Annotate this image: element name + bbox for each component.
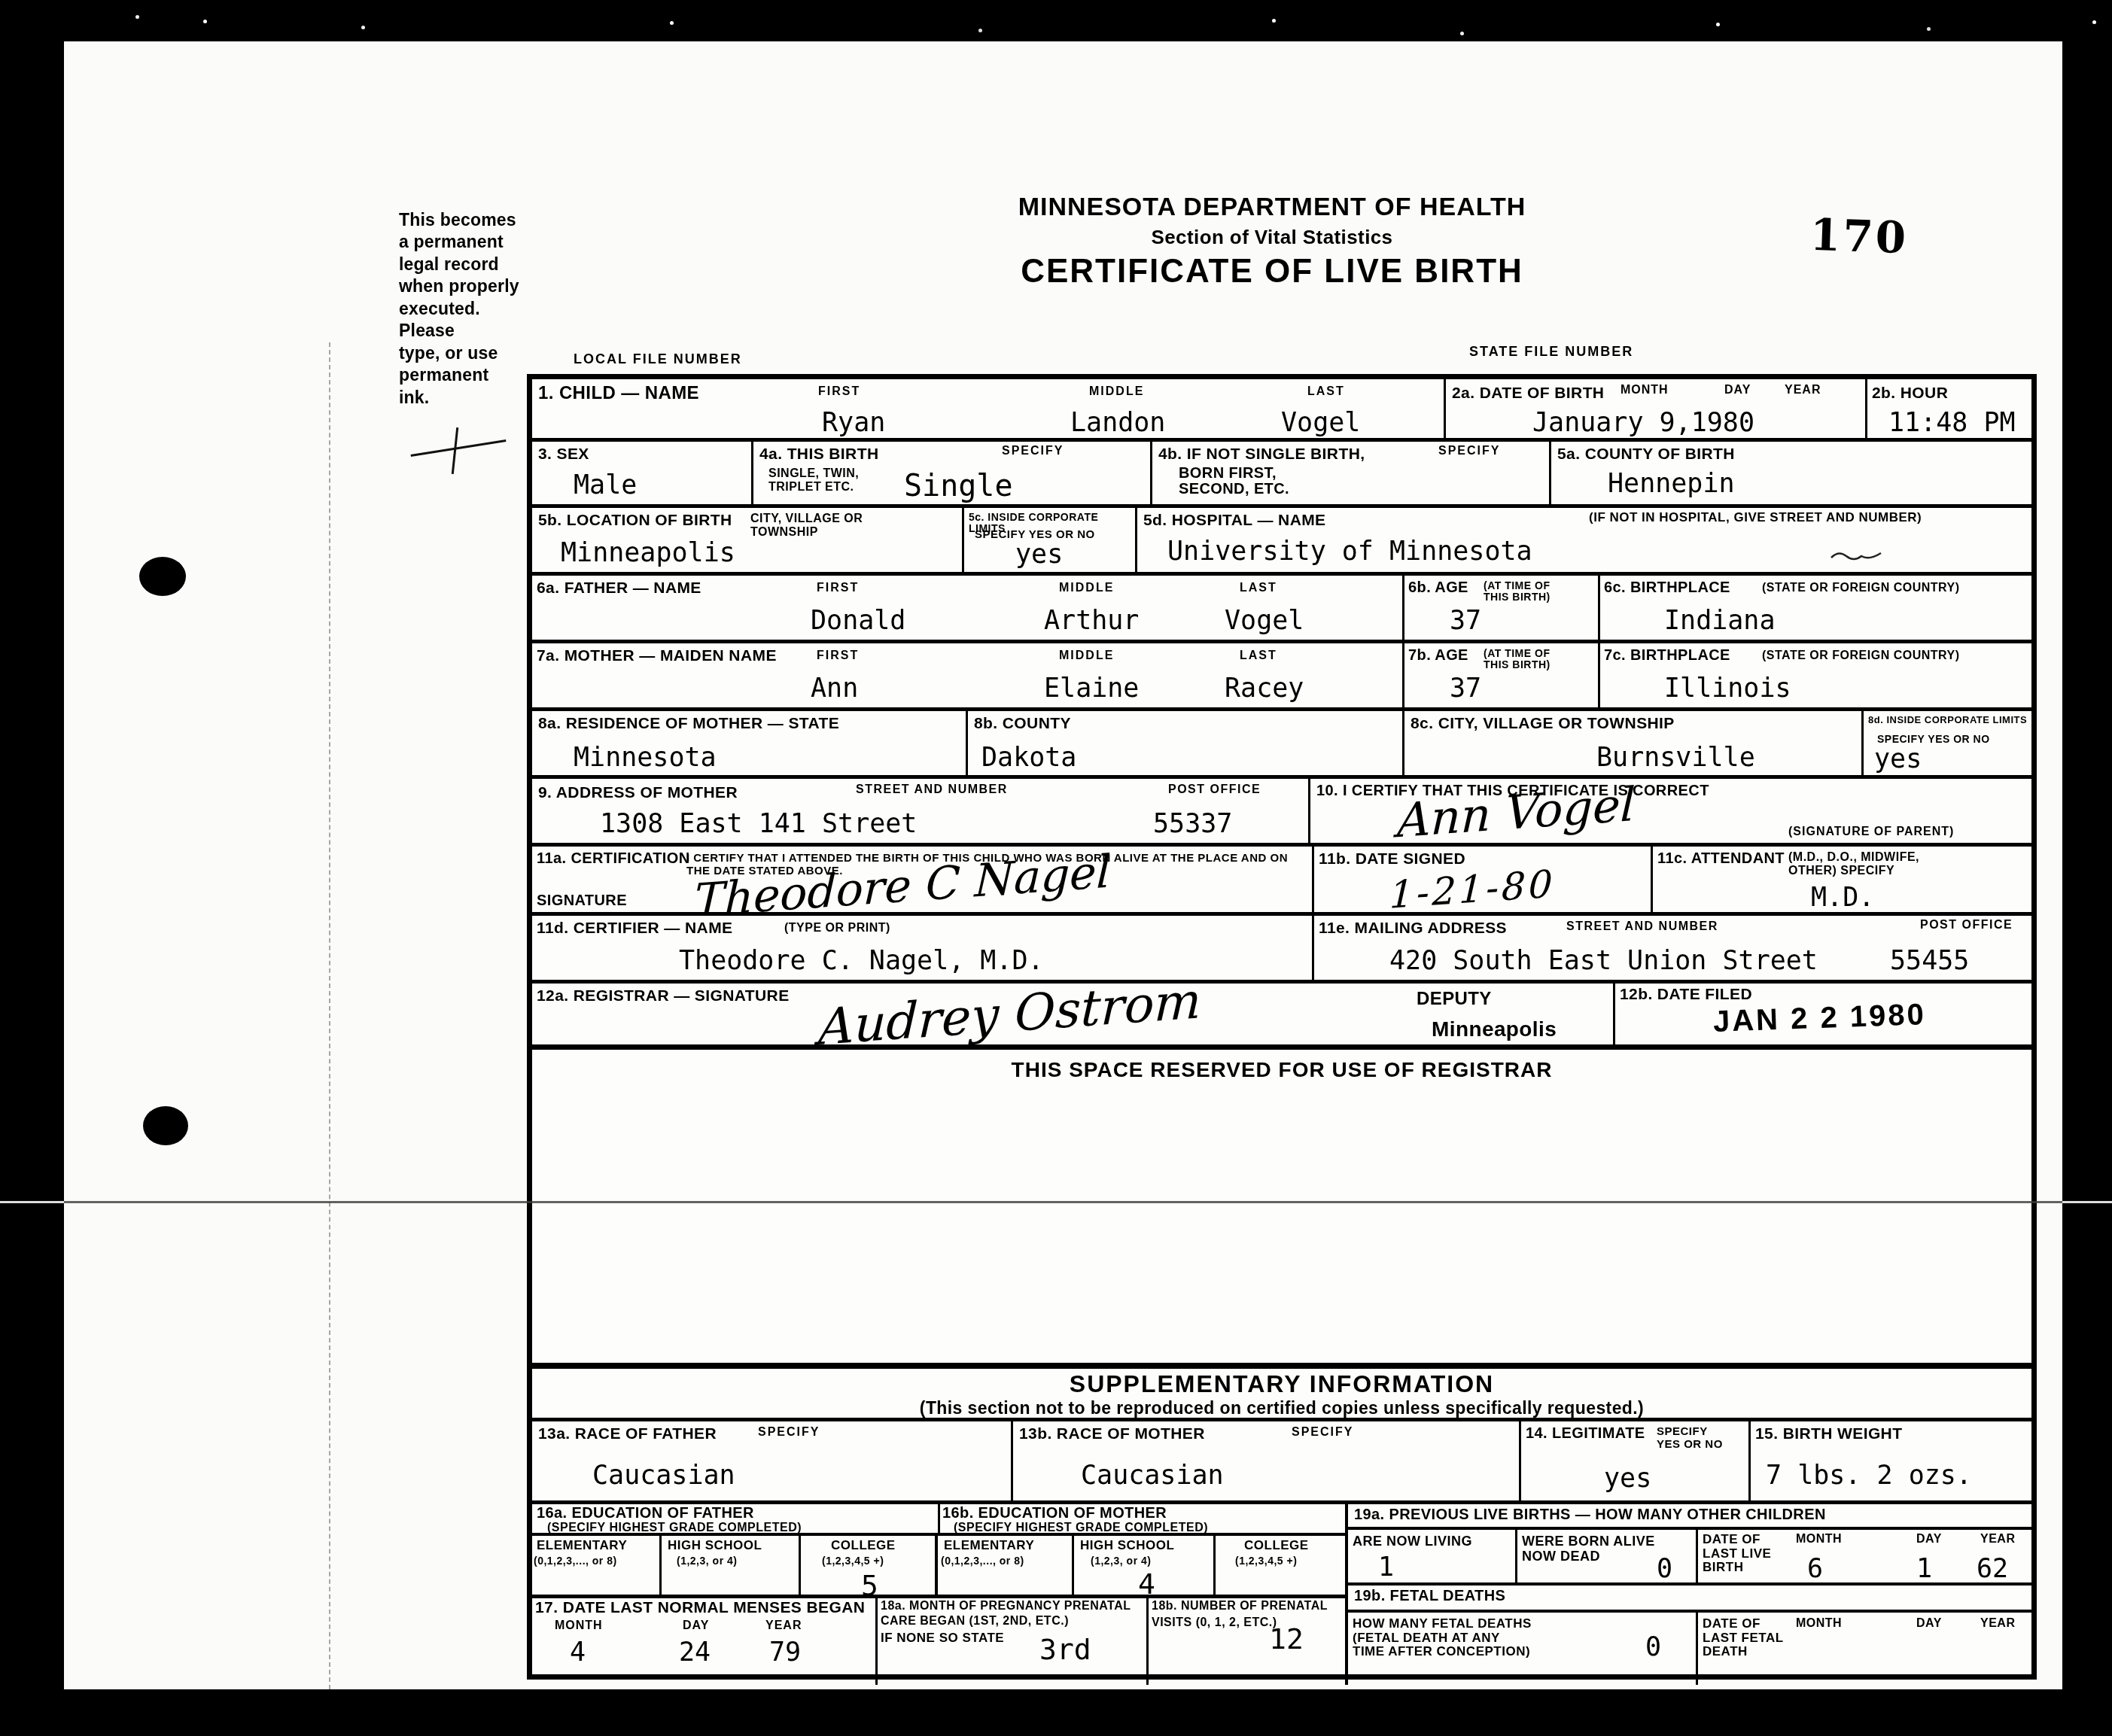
dob-value: January 9,1980 bbox=[1532, 408, 1754, 438]
year-col-label: YEAR bbox=[1980, 1617, 2015, 1631]
field-county-of-birth: 5a. COUNTY OF BIRTH Hennepin bbox=[1551, 442, 2031, 504]
previous-births-label: 19a. PREVIOUS LIVE BIRTHS — HOW MANY OTH… bbox=[1354, 1507, 1826, 1523]
parent-sig-label: (SIGNATURE OF PARENT) bbox=[1788, 825, 1954, 839]
race-father-value: Caucasian bbox=[592, 1461, 735, 1491]
res-city-label: 8c. CITY, VILLAGE OR TOWNSHIP bbox=[1411, 716, 1675, 732]
residence-value: Minnesota bbox=[574, 743, 717, 773]
field-prenatal-care-began: 18a. MONTH OF PREGNANCY PRENATAL CARE BE… bbox=[878, 1598, 1149, 1685]
how-many-fetal-label: HOW MANY FETAL DEATHS (FETAL DEATH AT AN… bbox=[1353, 1617, 1532, 1659]
middle-col-label: MIDDLE bbox=[1089, 385, 1144, 399]
legitimate-sub-label: SPECIFY YES OR NO bbox=[1657, 1426, 1723, 1451]
field-mother-name: 7a. MOTHER — MAIDEN NAME FIRST MIDDLE LA… bbox=[532, 643, 1404, 707]
section-name: Section of Vital Statistics bbox=[933, 227, 1611, 248]
elementary-label: ELEMENTARY bbox=[944, 1539, 1034, 1553]
edu-mother-sub-label: (SPECIFY HIGHEST GRADE COMPLETED) bbox=[954, 1522, 1208, 1535]
field-date-of-birth: 2a. DATE OF BIRTH MONTH DAY YEAR January… bbox=[1446, 379, 1867, 438]
menses-month-value: 4 bbox=[570, 1637, 586, 1668]
registrar-label: 12a. REGISTRAR — SIGNATURE bbox=[537, 988, 790, 1005]
edu-father-elementary: ELEMENTARY (0,1,2,3,..., or 8) bbox=[532, 1536, 662, 1595]
field-registrar-signature: 12a. REGISTRAR — SIGNATURE Audrey Ostrom… bbox=[532, 984, 1615, 1044]
location-sub-label: CITY, VILLAGE OR TOWNSHIP bbox=[750, 512, 863, 539]
field-mailing-address: 11e. MAILING ADDRESS STREET AND NUMBER P… bbox=[1314, 916, 2031, 980]
mother-birthplace-value: Illinois bbox=[1664, 673, 1791, 704]
edu-father-sub-label: (SPECIFY HIGHEST GRADE COMPLETED) bbox=[547, 1522, 802, 1535]
certifier-value: Theodore C. Nagel, M.D. bbox=[679, 946, 1044, 976]
now-dead-value: 0 bbox=[1657, 1554, 1672, 1584]
mother-middle-value: Elaine bbox=[1044, 673, 1139, 704]
field-legitimate: 14. LEGITIMATE SPECIFY YES OR NO yes bbox=[1521, 1421, 1751, 1500]
document-title: CERTIFICATE OF LIVE BIRTH bbox=[933, 254, 1611, 289]
day-col-label: DAY bbox=[683, 1619, 709, 1633]
first-col-label: FIRST bbox=[817, 649, 859, 663]
now-dead-label: WERE BORN ALIVE NOW DEAD bbox=[1522, 1534, 1655, 1564]
field-this-birth: 4a. THIS BIRTH SPECIFY SINGLE, TWIN, TRI… bbox=[753, 442, 1152, 504]
field-residence-county: 8b. COUNTY Dakota bbox=[968, 711, 1404, 775]
field-date-signed: 11b. DATE SIGNED 1-21-80 bbox=[1314, 847, 1653, 912]
child-name-label: 1. CHILD — NAME bbox=[538, 384, 699, 403]
scan-artifact-line bbox=[64, 1201, 2062, 1203]
supplementary-left: 16a. EDUCATION OF FATHER (SPECIFY HIGHES… bbox=[532, 1504, 1348, 1685]
prenatal-visits-sub-label: VISITS (0, 1, 2, ETC.) bbox=[1152, 1616, 1277, 1630]
mother-age-value: 37 bbox=[1450, 673, 1481, 704]
elementary-range: (0,1,2,3,..., or 8) bbox=[534, 1555, 617, 1567]
highschool-label: HIGH SCHOOL bbox=[1080, 1539, 1174, 1553]
edu-mother-elementary: ELEMENTARY (0,1,2,3,..., or 8) bbox=[938, 1536, 1074, 1595]
res-county-value: Dakota bbox=[981, 743, 1076, 773]
county-birth-value: Hennepin bbox=[1608, 469, 1735, 499]
field-menses-began: 17. DATE LAST NORMAL MENSES BEGAN MONTH … bbox=[532, 1598, 878, 1685]
address-label: 9. ADDRESS OF MOTHER bbox=[538, 785, 738, 801]
last-live-birth-label: DATE OF LAST LIVE BIRTH bbox=[1703, 1533, 1771, 1575]
middle-col-label: MIDDLE bbox=[1059, 649, 1114, 663]
not-single-sub-label: BORN FIRST, SECOND, ETC. bbox=[1179, 466, 1289, 497]
month-col-label: MONTH bbox=[1621, 384, 1669, 397]
edu-mother-college: COLLEGE (1,2,3,4,5 +) bbox=[1216, 1536, 1345, 1595]
signature-label: SIGNATURE bbox=[537, 893, 627, 909]
field-date-filed: 12b. DATE FILED JAN 2 2 1980 bbox=[1615, 984, 2031, 1044]
mother-age-sub-label: (AT TIME OF THIS BIRTH) bbox=[1484, 648, 1551, 671]
attendant-sub-label: (M.D., D.O., MIDWIFE, OTHER) SPECIFY bbox=[1788, 851, 1919, 877]
date-filed-stamp: JAN 2 2 1980 bbox=[1712, 998, 1926, 1039]
attendant-value: M.D. bbox=[1811, 883, 1874, 913]
college-label: COLLEGE bbox=[831, 1539, 896, 1553]
fetal-deaths-label: 19b. FETAL DEATHS bbox=[1354, 1589, 1505, 1604]
last-birth-year-value: 62 bbox=[1977, 1554, 2008, 1584]
supplementary-title: SUPPLEMENTARY INFORMATION bbox=[532, 1372, 2031, 1397]
mother-birthplace-sub-label: (STATE OR FOREIGN COUNTRY) bbox=[1762, 649, 1959, 663]
punch-hole bbox=[139, 557, 186, 596]
highschool-label: HIGH SCHOOL bbox=[668, 1539, 762, 1553]
race-father-label: 13a. RACE OF FATHER bbox=[538, 1426, 717, 1443]
last-birth-day-value: 1 bbox=[1916, 1554, 1932, 1584]
field-address-of-mother: 9. ADDRESS OF MOTHER STREET AND NUMBER P… bbox=[532, 779, 1310, 843]
field-birth-weight: 15. BIRTH WEIGHT 7 lbs. 2 ozs. bbox=[1751, 1421, 2031, 1500]
child-middle-value: Landon bbox=[1070, 408, 1165, 438]
day-col-label: DAY bbox=[1916, 1617, 1942, 1631]
field-mother-birthplace: 7c. BIRTHPLACE (STATE OR FOREIGN COUNTRY… bbox=[1600, 643, 2031, 707]
sex-value: Male bbox=[574, 470, 637, 500]
field-residence-city: 8c. CITY, VILLAGE OR TOWNSHIP Burnsville bbox=[1404, 711, 1864, 775]
edu-father-college: COLLEGE (1,2,3,4,5 +) 5 bbox=[801, 1536, 938, 1595]
last-col-label: LAST bbox=[1240, 649, 1277, 663]
supplementary-subtitle: (This section not to be reproduced on ce… bbox=[532, 1399, 2031, 1417]
now-living-value: 1 bbox=[1378, 1552, 1394, 1582]
mother-birthplace-label: 7c. BIRTHPLACE bbox=[1604, 648, 1730, 664]
mother-label: 7a. MOTHER — MAIDEN NAME bbox=[537, 648, 777, 664]
res-corp-value: yes bbox=[1874, 744, 1922, 774]
certifier-label: 11d. CERTIFIER — NAME bbox=[537, 920, 732, 937]
local-file-number-label: LOCAL FILE NUMBER bbox=[574, 352, 742, 367]
father-first-value: Donald bbox=[811, 606, 905, 636]
this-birth-value: Single bbox=[904, 469, 1013, 503]
father-birthplace-label: 6c. BIRTHPLACE bbox=[1604, 580, 1730, 596]
month-col-label: MONTH bbox=[1796, 1617, 1842, 1631]
state-file-number-label: STATE FILE NUMBER bbox=[1469, 345, 1633, 360]
highschool-range: (1,2,3, or 4) bbox=[1091, 1555, 1151, 1567]
field-residence-state: 8a. RESIDENCE OF MOTHER — STATE Minnesot… bbox=[532, 711, 968, 775]
prenatal-began-sub-label: CARE BEGAN (1ST, 2ND, ETC.) bbox=[881, 1615, 1069, 1628]
field-hospital-name: 5d. HOSPITAL — NAME (IF NOT IN HOSPITAL,… bbox=[1137, 508, 2031, 572]
this-birth-label: 4a. THIS BIRTH bbox=[759, 446, 878, 463]
handwritten-mark bbox=[410, 421, 508, 482]
month-col-label: MONTH bbox=[1796, 1533, 1842, 1546]
edu-father-college-value: 5 bbox=[861, 1569, 878, 1602]
specify-label: SPECIFY bbox=[1438, 445, 1500, 458]
supplementary-header: SUPPLEMENTARY INFORMATION (This section … bbox=[532, 1369, 2031, 1421]
elementary-range: (0,1,2,3,..., or 8) bbox=[941, 1555, 1024, 1567]
menses-day-value: 24 bbox=[679, 1637, 711, 1668]
prenatal-began-value: 3rd bbox=[1039, 1633, 1091, 1666]
res-corp-label: 8d. INSIDE CORPORATE LIMITS bbox=[1868, 715, 2027, 725]
po-col-label: POST OFFICE bbox=[1168, 783, 1261, 797]
date-signed-value: 1-21-80 bbox=[1389, 862, 1556, 917]
registrar-space-heading: THIS SPACE RESERVED FOR USE OF REGISTRAR bbox=[532, 1059, 2031, 1081]
father-birthplace-value: Indiana bbox=[1664, 606, 1776, 636]
address-po-value: 55337 bbox=[1153, 809, 1232, 839]
res-city-value: Burnsville bbox=[1596, 743, 1755, 773]
field-date-last-fetal-death: DATE OF LAST FETAL DEATH MONTH DAY YEAR bbox=[1698, 1613, 2031, 1685]
field-father-age: 6b. AGE (AT TIME OF THIS BIRTH) 37 bbox=[1404, 576, 1600, 640]
edu-mother-highschool: HIGH SCHOOL (1,2,3, or 4) 4 bbox=[1074, 1536, 1216, 1595]
scan-artifact-line-right bbox=[2062, 1201, 2112, 1203]
field-father-birthplace: 6c. BIRTHPLACE (STATE OR FOREIGN COUNTRY… bbox=[1600, 576, 2031, 640]
county-birth-label: 5a. COUNTY OF BIRTH bbox=[1557, 446, 1735, 463]
hospital-label: 5d. HOSPITAL — NAME bbox=[1143, 512, 1326, 529]
scan-noise bbox=[135, 15, 139, 19]
field-certifier-name: 11d. CERTIFIER — NAME (TYPE OR PRINT) Th… bbox=[532, 916, 1314, 980]
father-last-value: Vogel bbox=[1225, 606, 1304, 636]
field-certification: 11a. CERTIFICATION I CERTIFY THAT I ATTE… bbox=[532, 847, 1314, 912]
elementary-label: ELEMENTARY bbox=[537, 1539, 627, 1553]
certificate-form: 1. CHILD — NAME FIRST MIDDLE LAST Ryan L… bbox=[527, 374, 2037, 1680]
registrar-space: THIS SPACE RESERVED FOR USE OF REGISTRAR bbox=[532, 1050, 2031, 1369]
this-birth-sub-label: SINGLE, TWIN, TRIPLET ETC. bbox=[768, 467, 859, 494]
field-father-name: 6a. FATHER — NAME FIRST MIDDLE LAST Dona… bbox=[532, 576, 1404, 640]
menses-year-value: 79 bbox=[769, 1637, 801, 1668]
day-col-label: DAY bbox=[1916, 1533, 1942, 1546]
first-col-label: FIRST bbox=[817, 582, 859, 595]
edu-father-highschool: HIGH SCHOOL (1,2,3, or 4) bbox=[662, 1536, 801, 1595]
prenatal-began-sub2-label: IF NONE SO STATE bbox=[881, 1631, 1004, 1646]
last-birth-month-value: 6 bbox=[1807, 1554, 1823, 1584]
field-attendant: 11c. ATTENDANT (M.D., D.O., MIDWIFE, OTH… bbox=[1653, 847, 2031, 912]
field-location-of-birth: 5b. LOCATION OF BIRTH CITY, VILLAGE OR T… bbox=[532, 508, 964, 572]
father-label: 6a. FATHER — NAME bbox=[537, 580, 701, 597]
birth-weight-label: 15. BIRTH WEIGHT bbox=[1755, 1426, 1902, 1443]
fold-line bbox=[329, 342, 330, 1689]
not-single-label: 4b. IF NOT SINGLE BIRTH, bbox=[1158, 446, 1365, 463]
hour-value: 11:48 PM bbox=[1888, 408, 2016, 438]
field-prenatal-visits: 18b. NUMBER OF PRENATAL VISITS (0, 1, 2,… bbox=[1149, 1598, 1345, 1685]
edu-mother-hs-value: 4 bbox=[1138, 1567, 1155, 1601]
menses-label: 17. DATE LAST NORMAL MENSES BEGAN bbox=[535, 1600, 865, 1616]
certification-label: 11a. CERTIFICATION bbox=[537, 851, 690, 867]
last-fetal-death-label: DATE OF LAST FETAL DEATH bbox=[1703, 1617, 1784, 1659]
mailing-label: 11e. MAILING ADDRESS bbox=[1319, 920, 1507, 937]
mailing-po-value: 55455 bbox=[1890, 946, 1969, 976]
year-col-label: YEAR bbox=[765, 1619, 802, 1633]
middle-col-label: MIDDLE bbox=[1059, 582, 1114, 595]
highschool-range: (1,2,3, or 4) bbox=[677, 1555, 737, 1567]
date-signed-label: 11b. DATE SIGNED bbox=[1319, 851, 1465, 868]
location-value: Minneapolis bbox=[561, 538, 735, 568]
first-col-label: FIRST bbox=[818, 385, 860, 399]
scan-artifact-line-left bbox=[0, 1201, 64, 1203]
address-street-value: 1308 East 141 Street bbox=[600, 809, 917, 839]
father-middle-value: Arthur bbox=[1044, 606, 1139, 636]
field-date-last-live-birth: DATE OF LAST LIVE BIRTH MONTH DAY YEAR 6… bbox=[1698, 1530, 2031, 1582]
child-last-value: Vogel bbox=[1281, 408, 1360, 438]
edu-father-label: 16a. EDUCATION OF FATHER bbox=[537, 1506, 754, 1522]
street-col-label: STREET AND NUMBER bbox=[856, 783, 1008, 797]
hospital-note-label: (IF NOT IN HOSPITAL, GIVE STREET AND NUM… bbox=[1589, 511, 1922, 525]
field-parent-certification: 10. I CERTIFY THAT THIS CERTIFICATE IS C… bbox=[1310, 779, 2031, 843]
year-col-label: YEAR bbox=[1980, 1533, 2015, 1546]
birth-weight-value: 7 lbs. 2 ozs. bbox=[1766, 1461, 1972, 1491]
supplementary-right: 19a. PREVIOUS LIVE BIRTHS — HOW MANY OTH… bbox=[1348, 1504, 2031, 1685]
father-age-value: 37 bbox=[1450, 606, 1481, 636]
prenatal-visits-value: 12 bbox=[1269, 1622, 1304, 1655]
field-mother-age: 7b. AGE (AT TIME OF THIS BIRTH) 37 bbox=[1404, 643, 1600, 707]
hospital-value: University of Minnesota bbox=[1167, 537, 1532, 567]
field-now-living: ARE NOW LIVING 1 bbox=[1348, 1530, 1517, 1582]
field-born-alive-now-dead: WERE BORN ALIVE NOW DEAD 0 bbox=[1517, 1530, 1698, 1582]
location-label: 5b. LOCATION OF BIRTH bbox=[538, 512, 732, 529]
mother-last-value: Racey bbox=[1225, 673, 1304, 704]
mailing-street-value: 420 South East Union Street bbox=[1389, 946, 1818, 976]
month-col-label: MONTH bbox=[555, 1619, 603, 1633]
college-range: (1,2,3,4,5 +) bbox=[822, 1555, 884, 1567]
field-residence-corp-limits: 8d. INSIDE CORPORATE LIMITS SPECIFY YES … bbox=[1864, 711, 2031, 775]
field-how-many-fetal-deaths: HOW MANY FETAL DEATHS (FETAL DEATH AT AN… bbox=[1348, 1613, 1698, 1685]
fetal-deaths-value: 0 bbox=[1645, 1632, 1661, 1662]
certifier-sub-label: (TYPE OR PRINT) bbox=[784, 922, 890, 935]
prenatal-began-label: 18a. MONTH OF PREGNANCY PRENATAL bbox=[881, 1600, 1131, 1613]
last-col-label: LAST bbox=[1307, 385, 1345, 399]
day-col-label: DAY bbox=[1724, 384, 1751, 397]
field-not-single-birth: 4b. IF NOT SINGLE BIRTH, SPECIFY BORN FI… bbox=[1152, 442, 1551, 504]
college-range: (1,2,3,4,5 +) bbox=[1235, 1555, 1297, 1567]
registrar-signature: Audrey Ostrom bbox=[817, 971, 1202, 1056]
field-race-of-mother: 13b. RACE OF MOTHER SPECIFY Caucasian bbox=[1013, 1421, 1521, 1500]
scanned-document: This becomes a permanent legal record wh… bbox=[0, 0, 2112, 1736]
dob-label: 2a. DATE OF BIRTH bbox=[1452, 385, 1604, 402]
attendant-label: 11c. ATTENDANT bbox=[1657, 851, 1785, 867]
res-county-label: 8b. COUNTY bbox=[974, 716, 1071, 732]
legitimate-value: yes bbox=[1604, 1464, 1651, 1494]
punch-hole bbox=[143, 1106, 188, 1145]
specify-label: SPECIFY bbox=[758, 1426, 820, 1440]
certificate-number-stamp: 170 bbox=[1809, 209, 1909, 263]
street-col-label: STREET AND NUMBER bbox=[1566, 920, 1718, 934]
stray-ink-mark bbox=[1830, 547, 1882, 564]
mother-age-label: 7b. AGE bbox=[1408, 648, 1468, 664]
last-col-label: LAST bbox=[1240, 582, 1277, 595]
father-age-sub-label: (AT TIME OF THIS BIRTH) bbox=[1484, 580, 1551, 603]
hour-label: 2b. HOUR bbox=[1872, 385, 1948, 402]
specify-label: SPECIFY bbox=[1292, 1426, 1353, 1440]
registrar-city-value: Minneapolis bbox=[1432, 1018, 1557, 1040]
legitimate-label: 14. LEGITIMATE bbox=[1526, 1426, 1645, 1442]
field-sex: 3. SEX Male bbox=[532, 442, 753, 504]
corp-limits-value: yes bbox=[1015, 540, 1063, 570]
agency-name: MINNESOTA DEPARTMENT OF HEALTH bbox=[933, 194, 1611, 221]
po-col-label: POST OFFICE bbox=[1920, 919, 2013, 932]
edu-mother-label: 16b. EDUCATION OF MOTHER bbox=[942, 1506, 1167, 1522]
college-label: COLLEGE bbox=[1244, 1539, 1309, 1553]
specify-label: SPECIFY bbox=[1002, 445, 1064, 458]
field-child-name: 1. CHILD — NAME FIRST MIDDLE LAST Ryan L… bbox=[532, 379, 1446, 438]
field-inside-corporate-limits-birth: 5c. INSIDE CORPORATE LIMITS SPECIFY YES … bbox=[964, 508, 1137, 572]
race-mother-value: Caucasian bbox=[1081, 1461, 1224, 1491]
year-col-label: YEAR bbox=[1785, 384, 1821, 397]
now-living-label: ARE NOW LIVING bbox=[1353, 1534, 1472, 1549]
father-age-label: 6b. AGE bbox=[1408, 580, 1468, 596]
prenatal-visits-label: 18b. NUMBER OF PRENATAL bbox=[1152, 1600, 1328, 1613]
child-first-value: Ryan bbox=[822, 408, 885, 438]
deputy-label: DEPUTY bbox=[1417, 990, 1492, 1008]
mother-first-value: Ann bbox=[811, 673, 858, 704]
sex-label: 3. SEX bbox=[538, 446, 589, 463]
residence-label: 8a. RESIDENCE OF MOTHER — STATE bbox=[538, 716, 839, 732]
father-birthplace-sub-label: (STATE OR FOREIGN COUNTRY) bbox=[1762, 582, 1959, 595]
field-race-of-father: 13a. RACE OF FATHER SPECIFY Caucasian bbox=[532, 1421, 1013, 1500]
race-mother-label: 13b. RACE OF MOTHER bbox=[1019, 1426, 1205, 1443]
date-filed-label: 12b. DATE FILED bbox=[1620, 987, 1752, 1003]
field-hour: 2b. HOUR 11:48 PM bbox=[1867, 379, 2031, 438]
